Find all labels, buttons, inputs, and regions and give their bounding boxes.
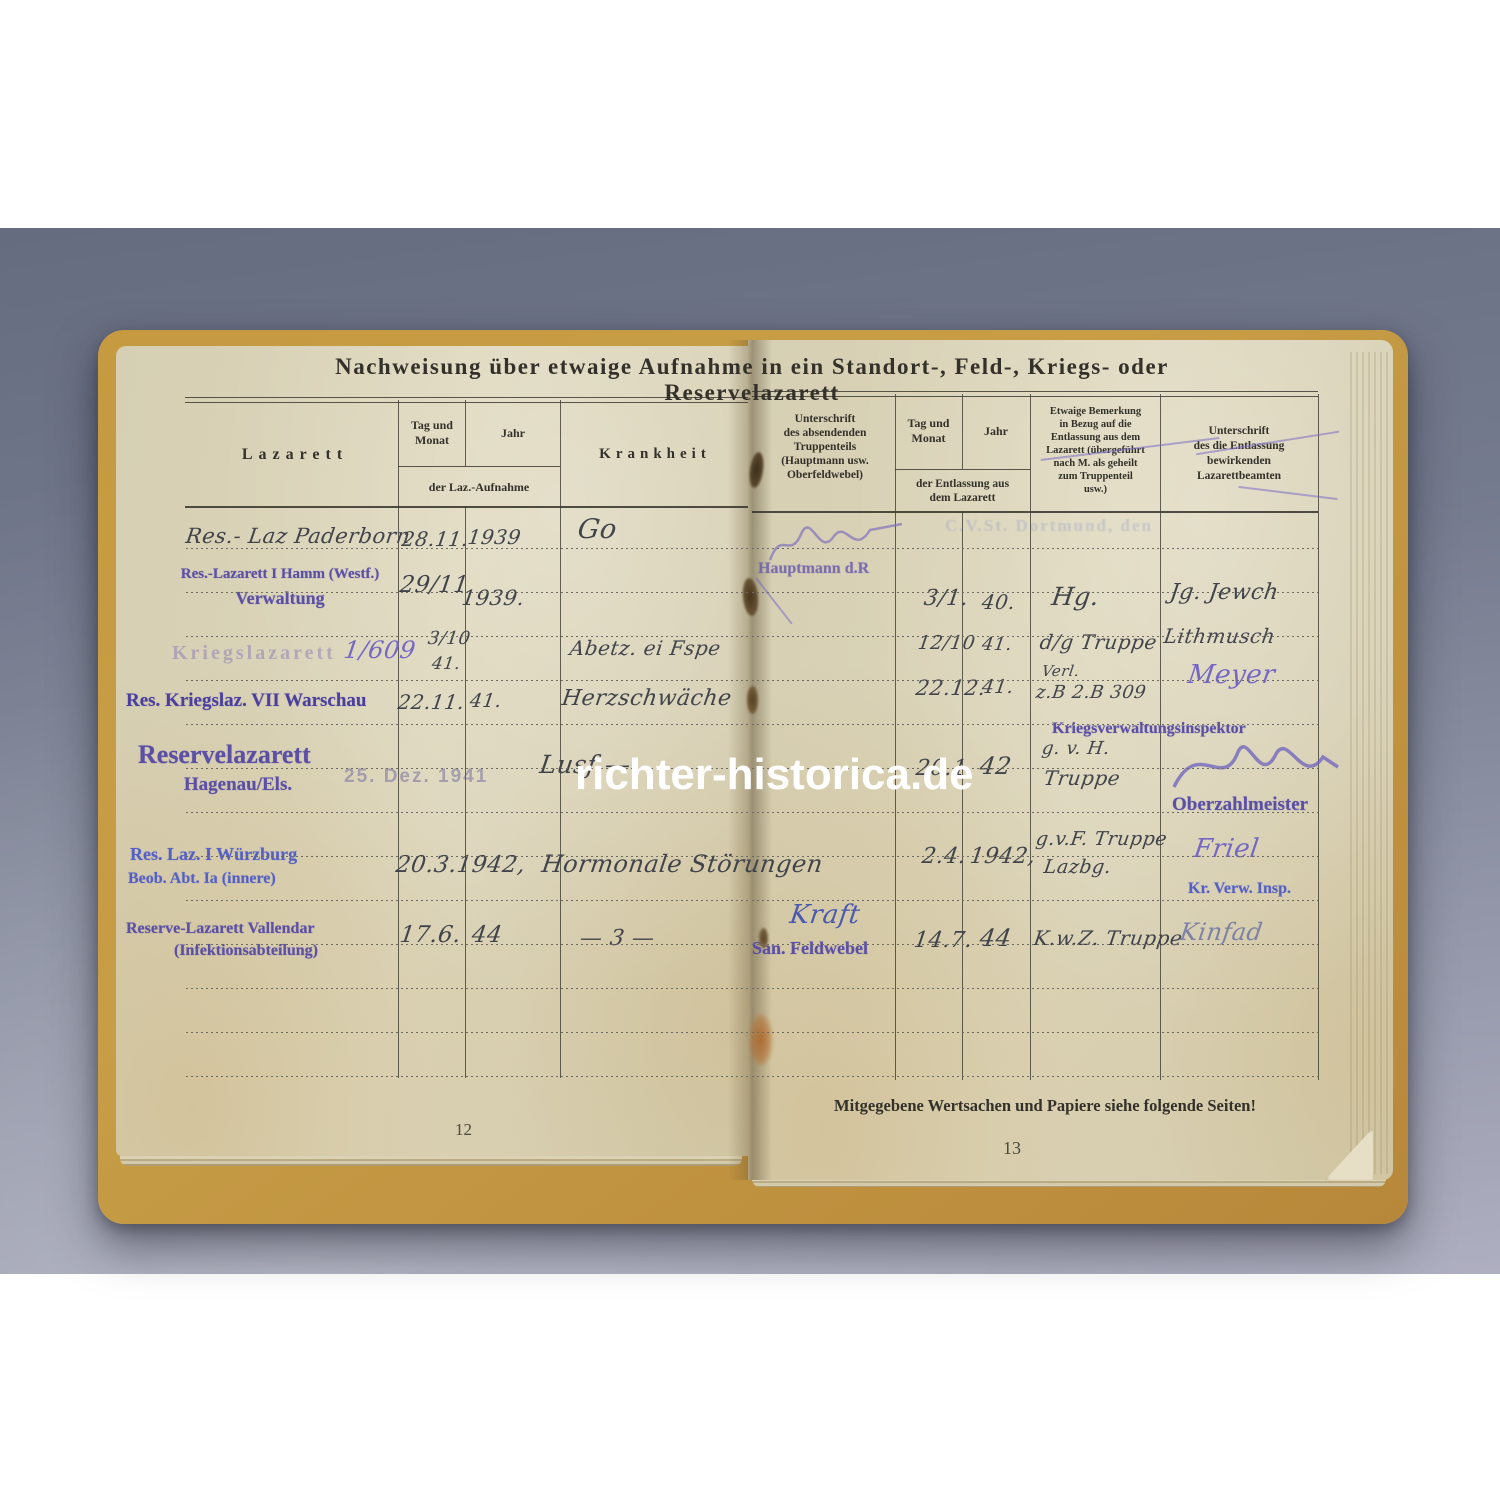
entry-date: 3/10 bbox=[427, 628, 472, 649]
dotted-rule-line bbox=[752, 1076, 1318, 1077]
hdr-line: zum Truppenteil bbox=[1033, 470, 1158, 483]
colline bbox=[560, 400, 561, 1078]
entry-year: 41. bbox=[468, 690, 503, 712]
colline bbox=[962, 394, 963, 469]
entry-remark: Verl. bbox=[1041, 662, 1081, 680]
dotted-rule-line bbox=[186, 680, 748, 681]
page-number-right: 13 bbox=[1003, 1138, 1021, 1159]
hdr-line: Truppenteils bbox=[758, 440, 892, 454]
rule-subdivider-left bbox=[398, 466, 560, 467]
entry-krankheit: — 3 — bbox=[578, 926, 656, 951]
dotted-rule-line bbox=[752, 592, 1318, 593]
dotted-rule-line bbox=[186, 944, 748, 945]
date-stamp: 25. Dez. 1941 bbox=[344, 766, 488, 788]
colline bbox=[1030, 394, 1031, 1080]
dotted-rule-line bbox=[752, 988, 1318, 989]
official-stamp: Kr. Verw. Insp. bbox=[1188, 880, 1291, 898]
dotted-rule-line bbox=[186, 636, 748, 637]
header-lazarett: Lazarett bbox=[200, 446, 390, 464]
header-monat: Monat bbox=[400, 433, 464, 448]
dotted-rule-line bbox=[186, 592, 748, 593]
dotted-rule-line bbox=[752, 944, 1318, 945]
rust-stain bbox=[750, 1015, 772, 1065]
paper-damage bbox=[759, 928, 768, 948]
hospital-stamp: Res.-Lazarett I Hamm (Westf.) bbox=[155, 566, 405, 583]
header-unterschrift-beamter: Unterschrift des die Entlassung bewirken… bbox=[1163, 424, 1315, 484]
entry-unit-number: 1/609 bbox=[342, 636, 418, 664]
dotted-rule-line bbox=[186, 724, 748, 725]
entry-lazarett-handwritten: Res.- Laz Paderborn bbox=[184, 524, 412, 548]
entry-remark: Truppe bbox=[1042, 766, 1122, 790]
entry-date: 22.11. bbox=[396, 690, 466, 714]
dotted-rule-line bbox=[186, 1032, 748, 1033]
rule-top-2-right bbox=[752, 396, 1318, 397]
dotted-rule-line bbox=[752, 856, 1318, 857]
entry-krankheit: Go bbox=[576, 514, 619, 545]
entry-date: 14.7. bbox=[912, 928, 974, 953]
dotted-rule-line bbox=[186, 988, 748, 989]
ghost-stamp: C.V.St. Dortmund, den bbox=[945, 516, 1153, 536]
hospital-stamp: Beob. Abt. Ia (innere) bbox=[128, 870, 276, 888]
entry-date: 29/11 bbox=[398, 572, 470, 598]
rule-subdivider-right bbox=[895, 469, 1030, 470]
entry-remark: z.B 2.B 309 bbox=[1035, 682, 1148, 703]
entry-signature: Kraft bbox=[788, 900, 862, 930]
header-laz-aufnahme: der Laz.-Aufnahme bbox=[398, 480, 560, 495]
page-stack-edge-side bbox=[1350, 352, 1392, 1174]
hdr-line: dem Lazarett bbox=[895, 491, 1030, 505]
dotted-rule-line bbox=[752, 1032, 1318, 1033]
hdr-line: Unterschrift bbox=[1163, 424, 1315, 439]
hdr-line: in Bezug auf die bbox=[1033, 418, 1158, 431]
header-krankheit: Krankheit bbox=[565, 446, 745, 463]
entry-signature: Meyer bbox=[1186, 660, 1277, 690]
entry-remark: g. v. H. bbox=[1041, 738, 1112, 759]
hdr-line: usw.) bbox=[1033, 483, 1158, 496]
dotted-rule-line bbox=[186, 812, 748, 813]
hdr-line: Lazarettbeamten bbox=[1163, 469, 1315, 484]
rule-top-1-left bbox=[185, 397, 748, 398]
header-tag-und: Tag und bbox=[400, 418, 464, 433]
header-jahr-r: Jahr bbox=[964, 424, 1028, 439]
rule-headerbottom-left bbox=[185, 506, 748, 508]
header-bemerkung: Etwaige Bemerkung in Bezug auf die Entla… bbox=[1033, 405, 1158, 496]
page-title: Nachweisung über etwaige Aufnahme in ein… bbox=[252, 354, 1252, 406]
hospital-stamp: Res. Laz. I Würzburg bbox=[130, 844, 297, 865]
dotted-rule-line bbox=[186, 1076, 748, 1077]
hospital-stamp: Reserve-Lazarett Vallendar bbox=[126, 920, 315, 938]
entry-year: 41. bbox=[431, 654, 462, 674]
watermark: richter-historica.de bbox=[575, 750, 974, 800]
footer-note: Mitgegebene Wertsachen und Papiere siehe… bbox=[795, 1096, 1295, 1116]
dotted-rule-line bbox=[752, 724, 1318, 725]
page-number-left: 12 bbox=[455, 1120, 472, 1140]
entry-krankheit: Herzschwäche bbox=[560, 686, 733, 711]
hospital-stamp: Res. Kriegslaz. VII Warschau bbox=[126, 690, 367, 712]
dotted-rule-line bbox=[186, 548, 748, 549]
header-jahr: Jahr bbox=[467, 426, 559, 441]
dotted-rule-line bbox=[752, 900, 1318, 901]
hdr-line: bewirkenden bbox=[1163, 454, 1315, 469]
entry-year: 1939 bbox=[466, 525, 522, 549]
hdr-line: Unterschrift bbox=[758, 412, 892, 426]
hospital-stamp: Hagenau/Els. bbox=[138, 774, 338, 796]
entry-krankheit: Hormonale Störungen bbox=[540, 850, 825, 878]
entry-signature: Kinfad bbox=[1178, 918, 1265, 946]
hospital-stamp-faint: Kriegslazarett bbox=[172, 642, 336, 665]
entry-signature: Friel bbox=[1192, 834, 1261, 864]
entry-krankheit: Abetz. ei Fspe bbox=[568, 636, 722, 660]
rule-top-2-left bbox=[185, 402, 748, 403]
hdr-line: Entlassung aus dem bbox=[1033, 431, 1158, 444]
dotted-rule-line bbox=[752, 636, 1318, 637]
entry-year: 1939. bbox=[460, 586, 526, 610]
entry-year: 40. bbox=[980, 590, 1017, 614]
entry-remark: g.v.F. Truppe bbox=[1034, 828, 1168, 850]
hdr-line: Etwaige Bemerkung bbox=[1033, 405, 1158, 418]
hospital-stamp: Reservelazarett bbox=[138, 740, 311, 770]
rule-top-1-right bbox=[752, 391, 1318, 392]
dotted-rule-line bbox=[752, 812, 1318, 813]
header-tag-und-r: Tag und bbox=[897, 416, 960, 431]
rule-headerbottom-right bbox=[752, 511, 1318, 513]
hdr-line: Oberfeldwebel) bbox=[758, 468, 892, 482]
signature-scribble bbox=[1168, 732, 1343, 802]
entry-remark: d/g Truppe bbox=[1038, 630, 1158, 654]
hdr-line: der Entlassung aus bbox=[895, 477, 1030, 491]
hdr-line: des absendenden bbox=[758, 426, 892, 440]
entry-remark: Lazbg. bbox=[1042, 856, 1112, 878]
header-unterschrift-truppenteil: Unterschrift des absendenden Truppenteil… bbox=[758, 412, 892, 482]
photo-of-document: Nachweisung über etwaige Aufnahme in ein… bbox=[0, 0, 1500, 1500]
dotted-rule-line bbox=[752, 680, 1318, 681]
entry-year: 42 bbox=[978, 752, 1013, 780]
rank-stamp: Hauptmann d.R bbox=[758, 560, 869, 578]
rank-stamp: San. Feldwebel bbox=[752, 938, 868, 959]
paper-damage bbox=[747, 686, 758, 714]
entry-year: 44 bbox=[978, 924, 1013, 952]
header-entlassung-sub: der Entlassung aus dem Lazarett bbox=[895, 477, 1030, 505]
dotted-rule-line bbox=[752, 548, 1318, 549]
entry-year: 41. bbox=[981, 634, 1014, 655]
header-monat-r: Monat bbox=[897, 431, 960, 446]
entry-remark: K.w.Z. Truppe bbox=[1032, 926, 1184, 950]
entry-date: 3/1. bbox=[922, 586, 970, 611]
hdr-line: (Hauptmann usw. bbox=[758, 454, 892, 468]
colline bbox=[465, 400, 466, 466]
colline bbox=[398, 400, 399, 1078]
entry-remark: Hg. bbox=[1050, 582, 1101, 611]
dotted-rule-line bbox=[186, 900, 748, 901]
